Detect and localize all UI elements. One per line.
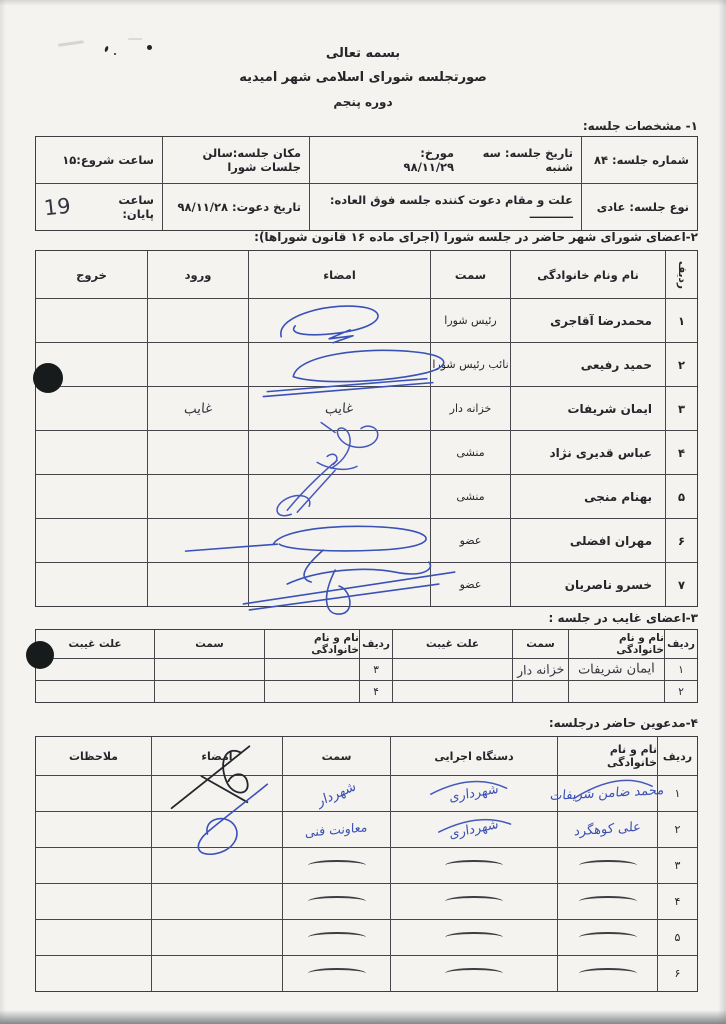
section3-heading: ۳-اعضای غایب در جلسه : xyxy=(549,611,698,625)
dash-mark xyxy=(308,860,366,871)
absent-members-header: ردیف نام و نام خانوادگی سمت علت غیبت ردی… xyxy=(36,630,697,658)
col-reason: علت غیبت xyxy=(392,630,512,658)
col-agency: دستگاه اجرایی xyxy=(390,737,557,775)
member-row: ۳ ایمان شریفات خزانه دار غایب غایب xyxy=(36,386,697,430)
hole-punch-mark xyxy=(33,363,63,393)
col-position: سمت xyxy=(512,630,568,658)
start-time-cell: ساعت شروع:۱۵ xyxy=(36,137,162,183)
signature-cell xyxy=(248,519,430,562)
signature-cell xyxy=(248,343,430,386)
col-position: سمت xyxy=(430,251,510,298)
col-row: ردیف xyxy=(359,630,392,658)
dash-mark xyxy=(579,932,637,943)
member-row: ۶ مهران افضلی عضو xyxy=(36,518,697,562)
dash-mark xyxy=(308,968,366,979)
meeting-location-cell: مکان جلسه:سالن جلسات شورا xyxy=(162,137,309,183)
handwritten-position: شهردار xyxy=(315,777,357,809)
handwritten-agency: شهرداری xyxy=(449,782,499,806)
smudge-mark xyxy=(128,38,142,40)
member-row: ۷ خسرو ناصریان عضو xyxy=(36,562,697,606)
hole-punch-mark xyxy=(26,641,54,669)
dash-mark xyxy=(445,896,503,907)
scan-edge-shadow xyxy=(0,1010,726,1024)
col-entry: ورود xyxy=(147,251,248,298)
dash-mark xyxy=(445,860,503,871)
col-row: ردیف xyxy=(664,630,697,658)
handwritten-agency: شهرداری xyxy=(449,817,499,842)
meeting-day: تاریخ جلسه: سه شنبه xyxy=(454,146,573,174)
signature-cell xyxy=(248,299,430,342)
col-signature: امضاء xyxy=(151,737,282,775)
signature-cell xyxy=(248,475,430,518)
col-exit: خروج xyxy=(36,251,147,298)
absent-row: ۱ ایمان شریفات خزانه دار ۳ xyxy=(36,658,697,680)
col-name: نام و نام خانوادگی xyxy=(557,737,657,775)
col-name: نام ونام خانوادگی xyxy=(510,251,665,298)
absent-row: ۲ ۴ xyxy=(36,680,697,702)
present-members-table: ردیف نام ونام خانوادگی سمت امضاء ورود خر… xyxy=(35,250,698,607)
bismillah-text: بسمه تعالی xyxy=(0,46,726,61)
absent-note: غایب xyxy=(325,400,354,417)
signature-cell xyxy=(248,431,430,474)
member-row: ۱ محمدرضا آقاجری رئیس شورا xyxy=(36,298,697,342)
col-notes: ملاحظات xyxy=(36,737,151,775)
col-name: نام و نام خانوادگی xyxy=(264,630,359,658)
section4-heading: ۴-مدعوین حاضر درجلسه: xyxy=(549,716,698,730)
col-signature: امضاء xyxy=(248,251,430,298)
dash-mark xyxy=(445,968,503,979)
dash-mark xyxy=(445,932,503,943)
col-row: ردیف xyxy=(657,737,697,775)
section1-heading: ۱- مشخصات جلسه: xyxy=(583,119,698,133)
invitee-row: ۴ xyxy=(36,883,697,919)
signature-cell xyxy=(151,776,282,811)
invitee-row: ۶ xyxy=(36,955,697,991)
invitee-row: ۱ محمد ضامن شریفات شهرداری شهردار xyxy=(36,775,697,811)
dash-mark xyxy=(308,896,366,907)
signature-cell: غایب xyxy=(248,387,430,430)
dash-mark xyxy=(579,896,637,907)
scan-edge-shadow xyxy=(0,0,726,6)
member-row: ۵ بهنام منجی منشی xyxy=(36,474,697,518)
signature-cell xyxy=(151,812,282,847)
document-title: صورتجلسه شورای اسلامی شهر امیدیه xyxy=(0,70,726,85)
scan-edge-shadow xyxy=(0,0,6,1024)
handwritten-absent-position: خزانه دار xyxy=(517,661,565,678)
col-position: سمت xyxy=(154,630,264,658)
col-row: ردیف xyxy=(665,251,697,298)
meeting-date: مورخ: ۹۸/۱۱/۲۹ xyxy=(368,146,454,174)
ink-speck xyxy=(147,45,152,50)
handwritten-absent-name: ایمان شریفات xyxy=(578,661,655,677)
ink-speck xyxy=(114,53,116,55)
section2-heading: ۲-اعضای شورای شهر حاضر در جلسه شورا (اجر… xyxy=(254,230,698,244)
member-row: ۲ حمید رفیعی نائب رئیس شورا xyxy=(36,342,697,386)
meeting-type-cell: نوع جلسه: عادی xyxy=(581,184,697,230)
invitees-header: ردیف نام و نام خانوادگی دستگاه اجرایی سم… xyxy=(36,737,697,775)
handwritten-position: معاونت فنی xyxy=(305,819,367,840)
dash-mark xyxy=(579,860,637,871)
scan-edge-shadow xyxy=(718,0,726,1024)
invitee-row: ۵ xyxy=(36,919,697,955)
handwritten-end-time: 19 xyxy=(43,195,72,219)
meeting-info-row1: شماره جلسه: ۸۴ تاریخ جلسه: سه شنبه مورخ:… xyxy=(36,137,697,183)
col-position: سمت xyxy=(282,737,390,775)
dash-mark xyxy=(579,968,637,979)
dash-mark xyxy=(308,932,366,943)
meeting-info-table: شماره جلسه: ۸۴ تاریخ جلسه: سه شنبه مورخ:… xyxy=(35,136,698,231)
present-members-header: ردیف نام ونام خانوادگی سمت امضاء ورود خر… xyxy=(36,251,697,298)
council-term: دوره پنجم xyxy=(0,95,726,109)
invite-date-cell: تاریخ دعوت: ۹۸/۱۱/۲۸ xyxy=(162,184,309,230)
handwritten-invitee-name: علی کوهگرد xyxy=(574,820,641,840)
absent-members-table: ردیف نام و نام خانوادگی سمت علت غیبت ردی… xyxy=(35,629,698,703)
col-name: نام و نام خانوادگی xyxy=(568,630,664,658)
signature-cell xyxy=(248,563,430,606)
extraordinary-reason-cell: علت و مقام دعوت کننده جلسه فوق العاده: ـ… xyxy=(309,184,581,230)
absent-note: غایب xyxy=(183,400,212,417)
invitee-row: ۲ علی کوهگرد شهرداری معاونت فنی xyxy=(36,811,697,847)
meeting-info-row2: نوع جلسه: عادی علت و مقام دعوت کننده جلس… xyxy=(36,183,697,230)
invitee-row: ۳ xyxy=(36,847,697,883)
handwritten-invitee-name: محمد ضامن شریفات xyxy=(550,783,665,804)
end-time-cell: ساعت پایان: 19 xyxy=(36,184,162,230)
meeting-date-cell: تاریخ جلسه: سه شنبه مورخ: ۹۸/۱۱/۲۹ xyxy=(309,137,581,183)
scanned-document-page: بسمه تعالی صورتجلسه شورای اسلامی شهر امی… xyxy=(0,0,726,1024)
meeting-number-cell: شماره جلسه: ۸۴ xyxy=(581,137,697,183)
member-row: ۴ عباس قدیری نژاد منشی xyxy=(36,430,697,474)
invitees-table: ردیف نام و نام خانوادگی دستگاه اجرایی سم… xyxy=(35,736,698,992)
